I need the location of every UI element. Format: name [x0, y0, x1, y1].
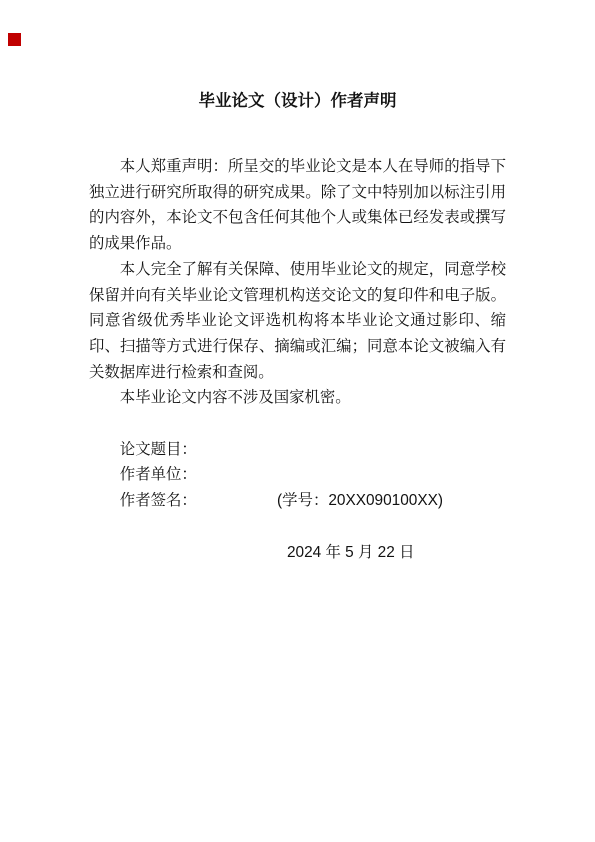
document-title: 毕业论文（设计）作者声明 [89, 92, 506, 110]
thesis-title-label: 论文题目： [120, 441, 197, 458]
declaration-paragraph-2: 本人完全了解有关保障、使用毕业论文的规定，同意学校保留并向有关毕业论文管理机构送… [89, 257, 506, 386]
red-stamp-mark [8, 33, 21, 46]
date-line: 2024 年 5 月 22 日 [89, 540, 506, 566]
student-id-text: (学号：20XX090100XX) [277, 488, 443, 514]
declaration-paragraph-3: 本毕业论文内容不涉及国家机密。 [89, 385, 506, 411]
author-unit-field: 作者单位： [89, 462, 506, 488]
document-page: 毕业论文（设计）作者声明 本人郑重声明：所呈交的毕业论文是本人在导师的指导下独立… [0, 0, 595, 842]
author-unit-label: 作者单位： [120, 466, 197, 483]
author-signature-label: 作者签名： [120, 492, 197, 509]
declaration-paragraph-1: 本人郑重声明：所呈交的毕业论文是本人在导师的指导下独立进行研究所取得的研究成果。… [89, 154, 506, 257]
signature-fields: 论文题目： 作者单位： 作者签名： (学号：20XX090100XX) [89, 437, 506, 514]
document-content: 毕业论文（设计）作者声明 本人郑重声明：所呈交的毕业论文是本人在导师的指导下独立… [89, 92, 506, 565]
thesis-title-field: 论文题目： [89, 437, 506, 463]
author-signature-field: 作者签名： (学号：20XX090100XX) [89, 488, 506, 514]
